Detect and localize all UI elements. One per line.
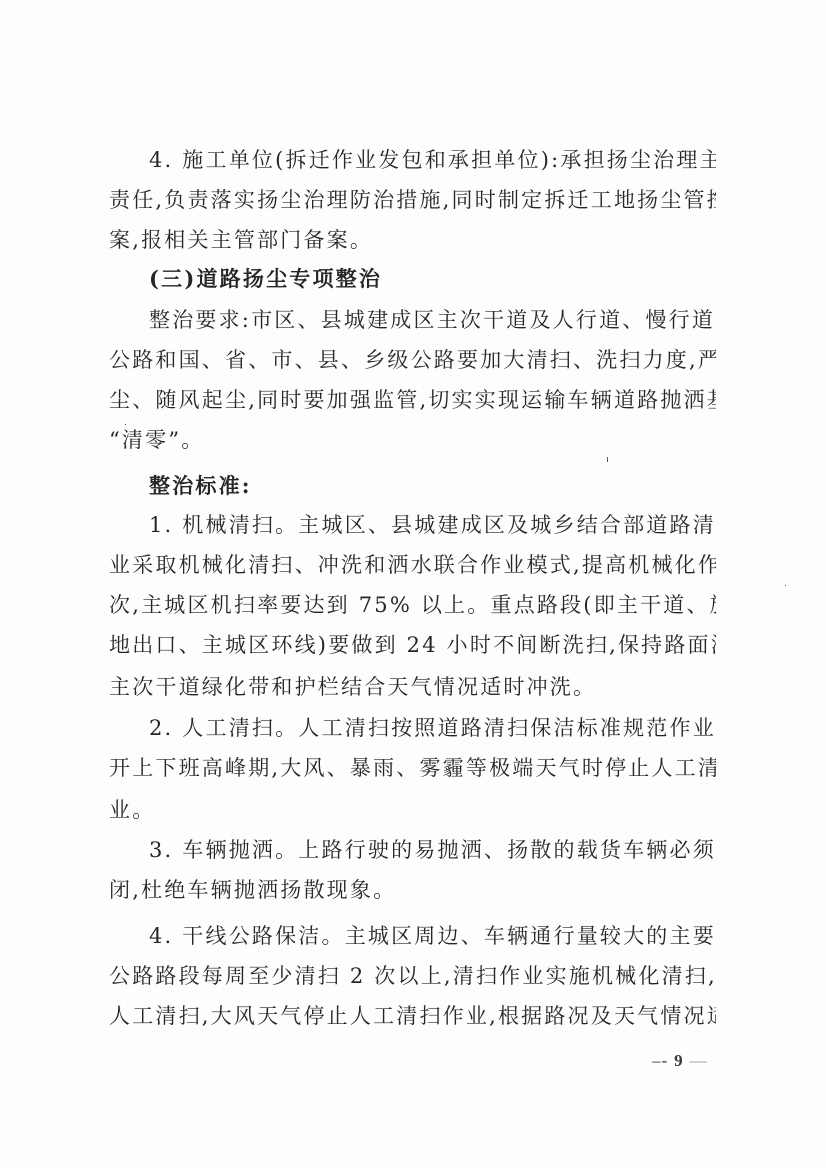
- paragraph-manual-cleaning-line-2: 开上下班高峰期,大风、暴雨、雾霾等极端天气时停止人工清扫作: [109, 754, 716, 782]
- paragraph-standards-heading: 整治标准:: [149, 472, 716, 500]
- paragraph-trunk-road-line-2: 公路路段每周至少清扫 2 次以上,清扫作业实施机械化清扫,配合: [109, 962, 716, 990]
- section-heading-road-dust: (三)道路扬尘专项整治: [149, 265, 716, 293]
- paragraph-manual-cleaning-line-3: 业。: [109, 796, 716, 824]
- paragraph-requirements-line-2: 公路和国、省、市、县、乡级公路要加大清扫、洗扫力度,严禁路面积: [109, 346, 716, 374]
- footer-dash-left: –-: [652, 1051, 668, 1070]
- paragraph-trunk-road-line-3: 人工清扫,大风天气停止人工清扫作业,根据路况及天气情况适时: [109, 1002, 716, 1030]
- paragraph-requirements-line-3: 尘、随风起尘,同时要加强监管,切实实现运输车辆道路抛洒基本: [109, 386, 716, 414]
- paragraph-trunk-road-line-1: 4. 干线公路保洁。主城区周边、车辆通行量较大的主要干线: [149, 922, 716, 950]
- paragraph-construction-unit-line-1: 4. 施工单位(拆迁作业发包和承担单位):承担扬尘治理主体: [149, 146, 716, 174]
- paragraph-mechanical-cleaning-line-2: 业采取机械化清扫、冲洗和洒水联合作业模式,提高机械化作业频: [109, 551, 716, 579]
- paragraph-vehicle-spill-line-2: 闭,杜绝车辆抛洒扬散现象。: [109, 876, 716, 904]
- paragraph-mechanical-cleaning-line-5: 主次干道绿化带和护栏结合天气情况适时冲洗。: [109, 673, 716, 701]
- page-number: 9: [674, 1051, 684, 1070]
- scan-speck: [125, 424, 126, 425]
- paragraph-construction-unit-line-3: 案,报相关主管部门备案。: [109, 226, 716, 254]
- scan-speck: [785, 585, 786, 586]
- paragraph-mechanical-cleaning-line-3: 次,主城区机扫率要达到 75% 以上。重点路段(即主干道、施工工: [109, 591, 716, 619]
- paragraph-requirements-line-4: “清零”。: [109, 426, 716, 454]
- paragraph-vehicle-spill-line-1: 3. 车辆抛洒。上路行驶的易抛洒、扬散的载货车辆必须全密: [149, 836, 716, 864]
- paragraph-manual-cleaning-line-1: 2. 人工清扫。人工清扫按照道路清扫保洁标准规范作业,避: [149, 714, 716, 742]
- footer-dash-right: —: [690, 1051, 708, 1070]
- paragraph-mechanical-cleaning-line-4: 地出口、主城区环线)要做到 24 小时不间断洗扫,保持路面湿润。: [109, 631, 716, 659]
- paragraph-mechanical-cleaning-line-1: 1. 机械清扫。主城区、县城建成区及城乡结合部道路清扫作: [149, 511, 716, 539]
- scan-speck: [607, 457, 608, 462]
- page-number-footer: –-9—: [652, 1051, 708, 1071]
- document-page: 4. 施工单位(拆迁作业发包和承担单位):承担扬尘治理主体 责任,负责落实扬尘治…: [0, 0, 826, 1168]
- paragraph-requirements-line-1: 整治要求:市区、县城建成区主次干道及人行道、慢行道,高速: [149, 306, 716, 334]
- paragraph-construction-unit-line-2: 责任,负责落实扬尘治理防治措施,同时制定拆迁工地扬尘管控方: [109, 186, 716, 214]
